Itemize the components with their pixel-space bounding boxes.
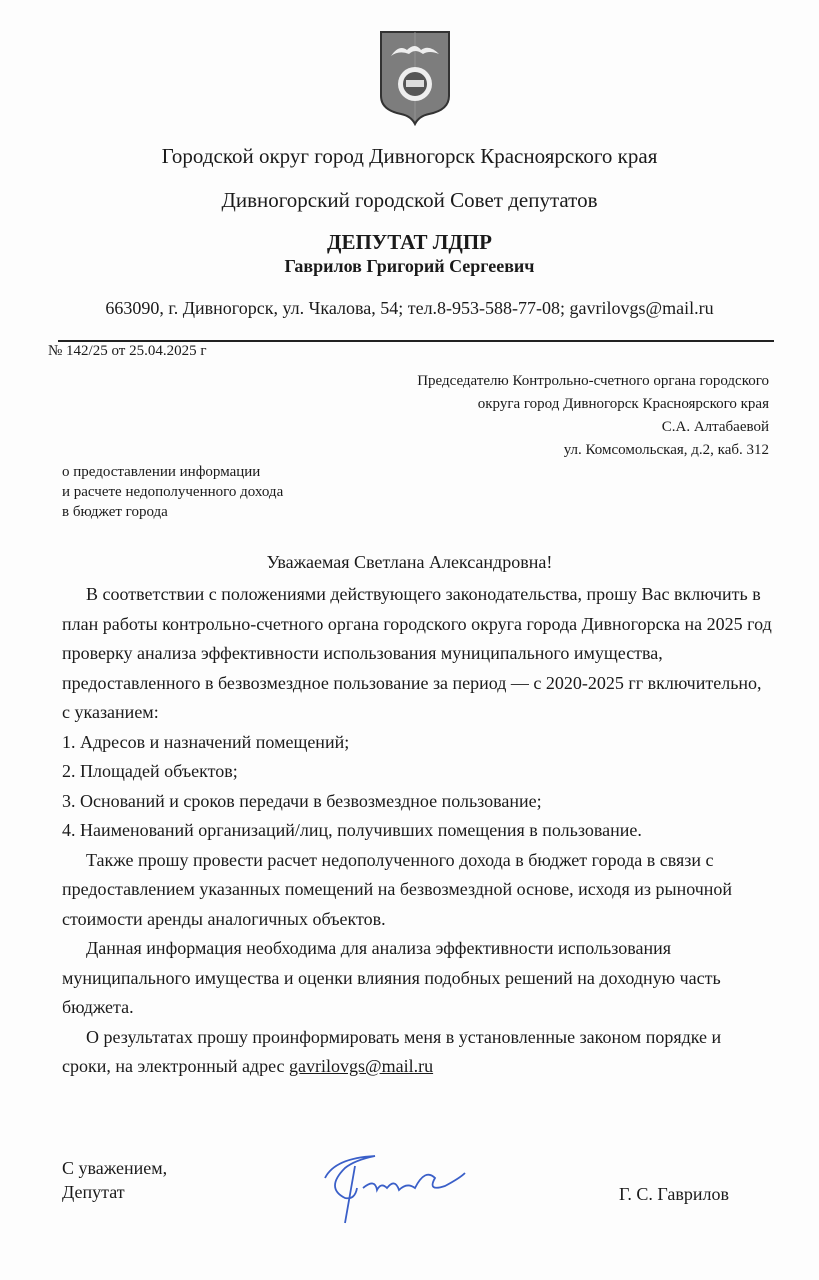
- registration-number: № 142/25 от 25.04.2025 г: [48, 343, 207, 360]
- municipality-line: Городской округ город Дивногорск Красноя…: [0, 144, 819, 169]
- subject-block: о предоставлении информации и расчете не…: [62, 462, 283, 522]
- paragraph: В соответствии с положениями действующег…: [62, 580, 772, 698]
- deputy-name: Гаврилов Григорий Сергеевич: [0, 256, 819, 277]
- paragraph: Данная информация необходима для анализа…: [62, 934, 772, 1023]
- list-item: 3. Оснований и сроков передачи в безвозм…: [62, 787, 772, 817]
- paragraph: О результатах прошу проинформировать мен…: [62, 1023, 772, 1082]
- subject-line: в бюджет города: [62, 502, 283, 522]
- addressee-line: округа город Дивногорск Красноярского кр…: [417, 393, 769, 416]
- addressee-line: ул. Комсомольская, д.2, каб. 312: [417, 439, 769, 462]
- council-line: Дивногорский городской Совет депутатов: [0, 188, 819, 213]
- letter-body: В соответствии с положениями действующег…: [62, 580, 772, 1082]
- list-item: 1. Адресов и назначений помещений;: [62, 728, 772, 758]
- closing-block: С уважением, Депутат: [62, 1156, 167, 1204]
- salutation: Уважаемая Светлана Александровна!: [0, 552, 819, 573]
- email-link[interactable]: gavrilovgs@mail.ru: [289, 1056, 433, 1076]
- list-item: 2. Площадей объектов;: [62, 757, 772, 787]
- paragraph: Также прошу провести расчет недополученн…: [62, 846, 772, 935]
- subject-line: о предоставлении информации: [62, 462, 283, 482]
- addressee-line: С.А. Алтабаевой: [417, 416, 769, 439]
- contact-line: 663090, г. Дивногорск, ул. Чкалова, 54; …: [0, 298, 819, 319]
- addressee-line: Председателю Контрольно-счетного органа …: [417, 370, 769, 393]
- signer-role: Депутат: [62, 1180, 167, 1204]
- signer-name: Г. С. Гаврилов: [619, 1184, 729, 1205]
- letterhead-title: ДЕПУТАТ ЛДПР: [0, 230, 819, 255]
- addressee-block: Председателю Контрольно-счетного органа …: [417, 370, 769, 462]
- list-item: 4. Наименований организаций/лиц, получив…: [62, 816, 772, 846]
- closing: С уважением,: [62, 1156, 167, 1180]
- header-divider: [58, 340, 774, 342]
- handwritten-signature-icon: [315, 1148, 475, 1228]
- paragraph: с указанием:: [62, 698, 772, 728]
- coat-of-arms-icon: [377, 28, 453, 126]
- subject-line: и расчете недополученного дохода: [62, 482, 283, 502]
